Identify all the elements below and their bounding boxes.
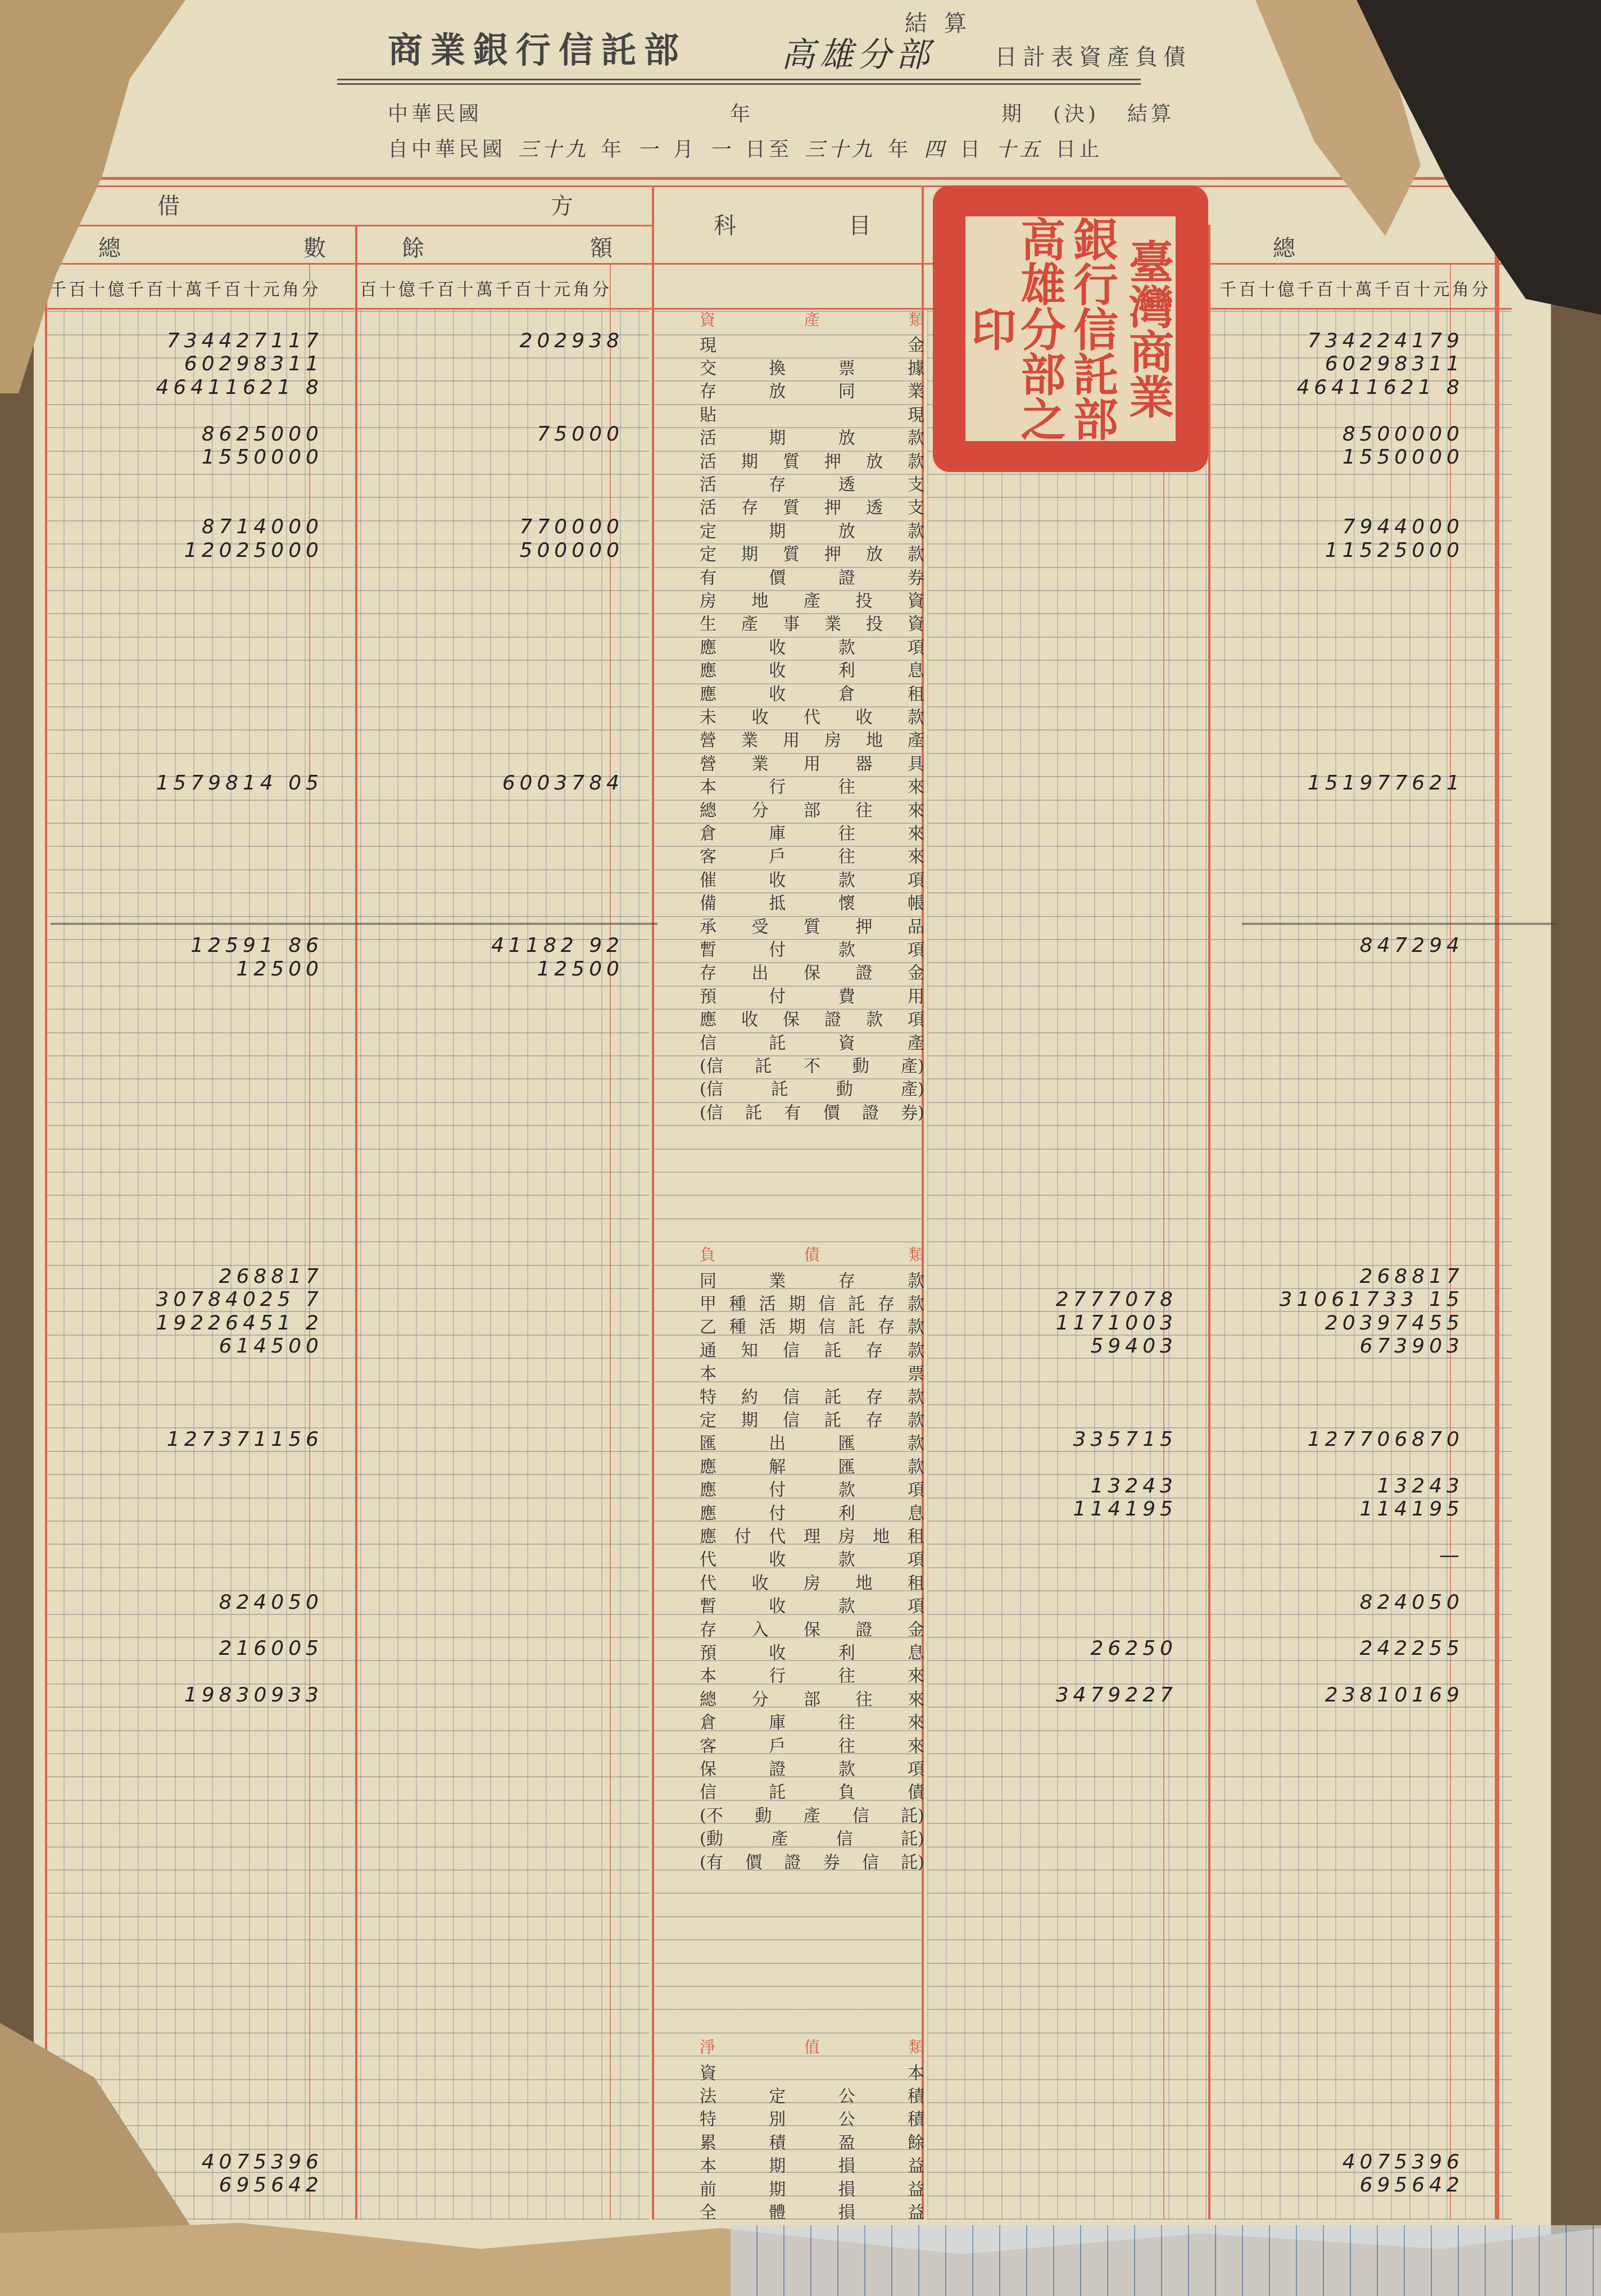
red-rule-h2 — [45, 263, 1512, 265]
subject-char: 往 — [856, 796, 873, 821]
subject-char: 往 — [838, 773, 855, 797]
subject-char: 保 — [700, 1755, 716, 1780]
subject-char: 保 — [783, 1005, 800, 1030]
subject-char: 期 — [769, 517, 786, 542]
entry-credit-balance: 26250 — [1090, 1637, 1177, 1660]
subject-char: 換 — [769, 354, 786, 379]
entry-credit-balance: 59403 — [1090, 1335, 1177, 1358]
period-year: 年 — [730, 98, 754, 127]
subject-row-assets: 總分部往來 — [700, 797, 924, 820]
subject-char: 事 — [783, 610, 800, 634]
entry-debit-total: 216005 — [219, 1637, 323, 1660]
subject-char: 存 — [769, 470, 786, 495]
subject-row-liabilities: 乙種活期信託存款 — [700, 1314, 924, 1337]
entry-debit-total: 1579814 05 — [156, 772, 323, 795]
subject-char: 付 — [769, 1476, 786, 1500]
subject-char: 部 — [804, 796, 820, 821]
subject-row-assets: 活存質押透支 — [700, 494, 924, 518]
subject-char: 損 — [838, 2152, 855, 2176]
entry-credit-total: 268817 — [1360, 1265, 1464, 1288]
subject-char: 益 — [908, 2198, 924, 2223]
subject-char: 生 — [700, 610, 716, 634]
subject-char: 款 — [838, 1755, 855, 1780]
subject-char: 證 — [824, 1005, 841, 1030]
subject-char: 定 — [700, 517, 716, 542]
subject-char: 活 — [759, 1290, 776, 1314]
subject-row-liabilities: 本票 — [700, 1360, 924, 1383]
subject-char: 懷 — [838, 889, 855, 914]
date-from-year: 三十九 — [518, 134, 589, 162]
date-to-year-label: 年 — [888, 134, 911, 162]
subject-row-liabilities: 保證款項 — [700, 1755, 924, 1778]
subject-char: 分 — [752, 1685, 769, 1710]
subject-char: 應 — [700, 1005, 716, 1030]
subject-char: 動 — [852, 1052, 869, 1077]
subject-char: 受 — [752, 913, 769, 937]
subject-row-liabilities: 應解匯款 — [700, 1453, 924, 1476]
subject-char: 款 — [908, 1313, 924, 1337]
entry-debit-balance: 770000 — [520, 515, 624, 538]
subject-row-assets: 活存透支 — [700, 471, 924, 494]
subject-char: 產) — [901, 1052, 924, 1077]
subject-char: 來 — [908, 1685, 924, 1710]
subject-char: 收 — [769, 1592, 786, 1617]
entry-debit-total: 614500 — [219, 1335, 323, 1358]
subject-char: 證 — [838, 564, 855, 588]
entry-debit-balance: 500000 — [520, 539, 624, 562]
subject-char: 行 — [769, 773, 786, 797]
subject-char: 款 — [866, 1005, 883, 1030]
subject-char: 託 — [824, 1406, 841, 1431]
entry-credit-balance: 3479227 — [1056, 1684, 1177, 1707]
subject-char: 金 — [908, 1616, 924, 1640]
subject-char: 代 — [700, 1545, 716, 1570]
subject-char: 暫 — [700, 1592, 716, 1617]
subject-char: 質 — [804, 913, 820, 937]
subject-char: 託 — [848, 1290, 865, 1314]
subject-char: 活 — [700, 493, 716, 518]
subject-char: 息 — [908, 1499, 924, 1524]
subject-char: 預 — [700, 982, 716, 1007]
title-rule-1 — [337, 79, 1141, 80]
subject-row-equity: 累積盈餘 — [700, 2129, 924, 2152]
subject-char: 款 — [908, 1453, 924, 1477]
period-line: 中華民國 年 期 (決) 結算 — [388, 98, 1174, 127]
subject-char: 業 — [752, 750, 769, 774]
subject-char: (信 — [700, 1099, 723, 1123]
subject-char: 項 — [908, 1005, 924, 1030]
subject-char: 託 — [769, 1029, 786, 1054]
subject-char: 押 — [824, 493, 841, 518]
entry-debit-total: 734427117 — [167, 329, 323, 352]
subject-char: 出 — [769, 1429, 786, 1454]
subject-char: 損 — [838, 2198, 855, 2223]
subject-char: 現 — [908, 401, 924, 425]
subject-char: 通 — [700, 1336, 716, 1361]
entry-debit-balance: 75000 — [537, 423, 624, 446]
subject-char: 出 — [752, 959, 769, 983]
subject-char: 款 — [908, 703, 924, 728]
subject-row-liabilities: 代收款項 — [700, 1546, 924, 1569]
subject-char: 透 — [838, 470, 855, 495]
subject-char: 代 — [769, 1522, 786, 1547]
subject-char: 存 — [866, 1406, 883, 1431]
entry-debit-total: 4075396 — [202, 2150, 323, 2174]
entry-debit-balance: 12500 — [537, 958, 624, 981]
entry-credit-total: 60298311 — [1325, 352, 1464, 375]
entry-debit-balance: 202938 — [520, 329, 624, 352]
subject-char: 戶 — [769, 1732, 786, 1757]
subject-char: 產 — [771, 1825, 788, 1849]
subject-char: 期 — [741, 540, 758, 565]
subject-char: 證 — [769, 1755, 786, 1780]
section-header-char: 值 — [804, 2035, 820, 2058]
subject-row-liabilities: 應付款項 — [700, 1477, 924, 1500]
entry-debit-total: 60298311 — [184, 352, 323, 375]
subject-row-assets: 暫付款項 — [700, 936, 924, 959]
subject-row-equity: 特別公積 — [700, 2106, 924, 2129]
subject-row-assets: 承受質押品 — [700, 913, 924, 936]
subject-row-assets: (信託有價證券) — [700, 1099, 924, 1122]
subject-row-liabilities: 同業存款 — [700, 1267, 924, 1290]
digit-units-debit-total: 千百十億千百十萬千百十元角分 — [49, 275, 321, 300]
subject-char: 信 — [818, 1313, 835, 1337]
subject-char: 部 — [804, 1685, 820, 1710]
entry-credit-total: 114195 — [1360, 1498, 1464, 1521]
subject-row-liabilities: 預收利息 — [700, 1639, 924, 1662]
subject-row-liabilities: 倉庫往來 — [700, 1709, 924, 1732]
subject-char: 項 — [908, 1592, 924, 1617]
subject-char: 累 — [700, 2129, 716, 2153]
subject-char: 付 — [734, 1522, 751, 1547]
subject-row-liabilities: 定期信託存款 — [700, 1406, 924, 1430]
subject-char: 證 — [856, 959, 873, 983]
subject-char: 地 — [873, 1522, 890, 1547]
subject-char: 項 — [908, 866, 924, 891]
subject-row-assets: 客戶往來 — [700, 843, 924, 866]
subject-row-liabilities: (動產信託) — [700, 1826, 924, 1849]
entry-credit-total: 11525000 — [1325, 539, 1464, 562]
subject-char: 承 — [700, 913, 716, 937]
date-end-label: 日止 — [1055, 134, 1103, 162]
bank-title: 商業銀行信託部 — [388, 22, 687, 72]
subject-char: 託 — [848, 1313, 865, 1337]
subject-char: 信 — [818, 1290, 835, 1314]
date-to-label: 日至 — [745, 134, 792, 162]
subject-char: 應 — [700, 1499, 716, 1524]
subject-char: 不 — [804, 1052, 820, 1077]
subject-char: 保 — [804, 1616, 820, 1640]
subject-char: 公 — [838, 2082, 855, 2107]
subject-char: 總 — [700, 796, 716, 821]
subject-char: 付 — [769, 1499, 786, 1524]
section-header-char: 產 — [804, 308, 820, 330]
date-to-day: 十五 — [996, 134, 1043, 162]
subject-char: 價 — [823, 1099, 840, 1123]
subject-char: 動 — [755, 1802, 772, 1826]
subject-char: 押 — [824, 540, 841, 565]
subject-char: 信 — [700, 1029, 716, 1054]
subject-char: 別 — [769, 2105, 786, 2130]
subject-char: 收 — [769, 1545, 786, 1570]
date-from-day: 一 — [709, 134, 733, 162]
subject-char: 庫 — [769, 819, 786, 844]
subject-row-assets: 應收倉租 — [700, 680, 924, 704]
subject-char: 款 — [908, 517, 924, 542]
subject-char: 往 — [838, 1708, 855, 1733]
entry-credit-total: 673903 — [1360, 1335, 1464, 1358]
entry-credit-total: 20397455 — [1325, 1312, 1464, 1335]
subject-char: 匯 — [700, 1429, 716, 1454]
subject-char: 項 — [908, 1545, 924, 1570]
subject-char: 存 — [866, 1383, 883, 1408]
entry-credit-total: 23810169 — [1325, 1684, 1464, 1707]
subject-char: (信 — [700, 1075, 723, 1100]
entry-credit-total: 13243 — [1377, 1474, 1464, 1498]
subject-char: 匯 — [838, 1453, 855, 1477]
subject-char: 金 — [908, 331, 924, 356]
subject-char: 往 — [856, 1685, 873, 1710]
subject-char: 來 — [908, 842, 924, 867]
subject-char: 負 — [838, 1778, 855, 1803]
entry-debit-total: 46411621 8 — [156, 376, 323, 399]
subject-row-assets: 生產事業投資 — [700, 611, 924, 634]
subject-char: 利 — [838, 656, 855, 681]
subject-char: 動 — [836, 1075, 853, 1100]
subject-char: 益 — [908, 2152, 924, 2176]
subject-char: 收 — [769, 633, 786, 658]
subject-char: 放 — [838, 517, 855, 542]
subject-char: 餘 — [908, 2129, 924, 2153]
subject-char: 品 — [908, 913, 924, 937]
subject-char: 託 — [824, 1336, 841, 1361]
red-rule-top2 — [34, 185, 1551, 187]
section-header-equity: 淨值類 — [700, 2035, 924, 2058]
subject-char: 收 — [769, 1639, 786, 1663]
entry-credit-total: 824050 — [1360, 1591, 1464, 1614]
subject-char: 款 — [908, 1336, 924, 1361]
entry-credit-balance: 335715 — [1073, 1428, 1177, 1451]
subject-row-assets: 預付費用 — [700, 983, 924, 1006]
section-header-assets: 資產類 — [700, 308, 924, 330]
subject-row-assets: 有價證券 — [700, 564, 924, 587]
entry-debit-total: 12025000 — [184, 539, 323, 562]
subject-char: 往 — [838, 819, 855, 844]
subject-row-assets: 存放同業 — [700, 378, 924, 401]
subject-char: 存 — [878, 1313, 895, 1337]
red-rule-debit-split — [355, 225, 357, 2220]
subject-char: 券 — [908, 564, 924, 588]
subject-char: 種 — [729, 1313, 746, 1337]
subject-char: 款 — [908, 1290, 924, 1314]
subject-char: 期 — [789, 1313, 806, 1337]
entry-credit-total: 151977621 — [1308, 772, 1464, 795]
subject-char: 預 — [700, 1639, 716, 1663]
subject-char: 往 — [838, 1732, 855, 1757]
subject-char: 期 — [741, 447, 758, 472]
subject-char: (動 — [700, 1825, 723, 1849]
subject-char: 透 — [866, 493, 883, 518]
subject-row-equity: 前期損益 — [700, 2176, 924, 2199]
subject-char: 暫 — [700, 936, 716, 960]
subject-char: 現 — [700, 331, 716, 356]
digit-units-credit-total: 千百十億千百十萬千百十元角分 — [1219, 275, 1491, 300]
subject-char: 應 — [700, 1453, 716, 1477]
subject-char: 定 — [700, 540, 716, 565]
subject-char: 收 — [752, 1569, 769, 1594]
red-rule-left — [45, 185, 47, 2220]
subject-char: 租 — [908, 680, 924, 705]
subject-char: 本 — [700, 1359, 716, 1384]
subject-char: 本 — [700, 1662, 716, 1686]
pencil-total-line-credit — [1242, 923, 1557, 925]
header-debit-side: 方 — [551, 188, 573, 220]
subject-row-liabilities: 特約信託存款 — [700, 1383, 924, 1406]
subject-row-assets: 應收利息 — [700, 657, 924, 680]
subject-row-assets: 定期質押放款 — [700, 541, 924, 564]
subject-row-liabilities: (不動產信託) — [700, 1802, 924, 1825]
subject-char: 付 — [769, 982, 786, 1007]
entry-debit-total: 12500 — [236, 958, 323, 981]
subject-char: 往 — [838, 842, 855, 867]
entry-credit-total: — — [1439, 1544, 1464, 1567]
subject-row-liabilities: 通知信託存款 — [700, 1337, 924, 1360]
subject-char: 質 — [783, 493, 800, 518]
subject-char: 體 — [769, 2198, 786, 2223]
subject-char: 行 — [769, 1662, 786, 1686]
subject-char: 產 — [908, 1029, 924, 1054]
subject-char: 款 — [908, 1267, 924, 1291]
subject-char: 信 — [852, 1802, 869, 1826]
subject-char: 來 — [908, 1708, 924, 1733]
period-settle-type: (決) — [1053, 98, 1099, 127]
subject-char: 應 — [700, 1476, 716, 1500]
subject-char: 來 — [908, 1732, 924, 1757]
subject-char: 地 — [856, 1569, 873, 1594]
subject-char: 用 — [908, 982, 924, 1007]
subject-char: 信 — [783, 1406, 800, 1431]
subject-char: 活 — [700, 447, 716, 472]
entry-credit-total: 695642 — [1360, 2174, 1464, 2197]
header-total: 總 — [98, 230, 121, 262]
subject-char: 項 — [908, 1476, 924, 1500]
subject-row-assets: 定期放款 — [700, 518, 924, 541]
subject-char: 具 — [908, 750, 924, 774]
entry-credit-total: 4075396 — [1343, 2150, 1464, 2174]
subject-char: 收 — [741, 1005, 758, 1030]
subject-char: 抵 — [769, 889, 786, 914]
grid-debit — [45, 309, 649, 2220]
subject-row-assets: 活期放款 — [700, 425, 924, 448]
subject-char: 託) — [901, 1802, 924, 1826]
subject-char: 活 — [700, 470, 716, 495]
subject-char: 支 — [908, 493, 924, 518]
subject-char: 損 — [838, 2175, 855, 2200]
subject-row-assets: 催收款項 — [700, 866, 924, 890]
subject-char: 營 — [700, 750, 716, 774]
subject-row-assets: 應收保證款項 — [700, 1006, 924, 1029]
entry-debit-total: 695642 — [219, 2174, 323, 2197]
entry-debit-total: 12591 86 — [191, 934, 323, 957]
section-header-char: 資 — [700, 308, 715, 330]
red-rule-subject-left — [652, 185, 654, 2220]
subject-char: 來 — [908, 819, 924, 844]
date-month-label: 月 — [673, 134, 697, 162]
subject-char: 保 — [804, 959, 820, 983]
subject-char: 活 — [700, 424, 716, 448]
subject-char: 產) — [901, 1075, 924, 1100]
entry-credit-total: 127706870 — [1308, 1428, 1464, 1451]
subject-char: 用 — [804, 750, 820, 774]
header-balance-amount: 額 — [590, 230, 613, 262]
subject-char: 地 — [866, 726, 883, 751]
subject-row-liabilities: 應付利息 — [700, 1500, 924, 1523]
subject-row-liabilities: 應付代理房地租 — [700, 1523, 924, 1546]
entry-debit-total: 19830933 — [184, 1684, 323, 1707]
subject-char: 證 — [856, 1616, 873, 1640]
subject-row-liabilities: 暫收款項 — [700, 1593, 924, 1616]
subject-char: 資 — [908, 610, 924, 634]
subject-char: 期 — [769, 424, 786, 448]
date-range: 自中華民國 三十九 年 一 月 一 日至 三十九 年 四 日 十五 日止 — [388, 134, 1103, 162]
entry-debit-total: 8714000 — [202, 515, 323, 538]
section-header-char: 類 — [909, 2035, 924, 2058]
subject-char: 活 — [759, 1313, 776, 1337]
subject-char: 期 — [789, 1290, 806, 1314]
subject-char: 存 — [700, 377, 716, 402]
subject-char: 全 — [700, 2198, 716, 2223]
subject-char: 房 — [838, 1522, 855, 1547]
red-seal-stamp: 高雄分部之印 銀行信託部 臺灣商業 — [933, 185, 1208, 472]
subject-char: 未 — [700, 703, 716, 728]
subject-char: 息 — [908, 1639, 924, 1663]
subject-row-liabilities: 總分部往來 — [700, 1686, 924, 1709]
subject-row-assets: 備抵懷帳 — [700, 890, 924, 913]
report-type: 日計表資產負債 — [995, 39, 1191, 71]
date-to-day-label: 日 — [960, 134, 983, 162]
subject-char: 入 — [752, 1616, 769, 1640]
subject-row-assets: 未收代收款 — [700, 704, 924, 727]
subject-char: 資 — [908, 587, 924, 611]
entry-credit-total: 46411621 8 — [1296, 376, 1464, 399]
subject-char: 有 — [700, 564, 716, 588]
subject-char: 信 — [862, 1848, 879, 1873]
subject-char: 定 — [769, 2082, 786, 2107]
subject-row-equity: 法定公積 — [700, 2082, 924, 2106]
subject-char: 匯 — [838, 1429, 855, 1454]
subject-row-assets: 貼現 — [700, 401, 924, 424]
subject-char: 客 — [700, 1732, 716, 1757]
subject-char: 營 — [700, 726, 716, 751]
red-rule-cents-3 — [1163, 264, 1164, 2220]
subject-char: 券) — [901, 1099, 924, 1123]
entry-debit-total: 127371156 — [167, 1428, 323, 1451]
subject-char: 積 — [769, 2129, 786, 2153]
subject-char: 特 — [700, 2105, 716, 2130]
subject-row-equity: 全體損益 — [700, 2199, 924, 2222]
red-rule-h1 — [45, 225, 652, 226]
subject-char: 券 — [823, 1848, 840, 1873]
title-rule-2 — [337, 83, 1141, 85]
subject-row-assets: 本行往來 — [700, 774, 924, 797]
entry-debit-total: 30784025 7 — [156, 1288, 323, 1311]
subject-char: 款 — [908, 1383, 924, 1408]
subject-char: 利 — [838, 1639, 855, 1663]
entry-credit-balance: 2777078 — [1056, 1288, 1177, 1311]
entry-debit-total: 268817 — [219, 1265, 323, 1288]
subject-row-equity: 資本 — [700, 2059, 924, 2082]
period-settle: 結算 — [1127, 98, 1174, 127]
